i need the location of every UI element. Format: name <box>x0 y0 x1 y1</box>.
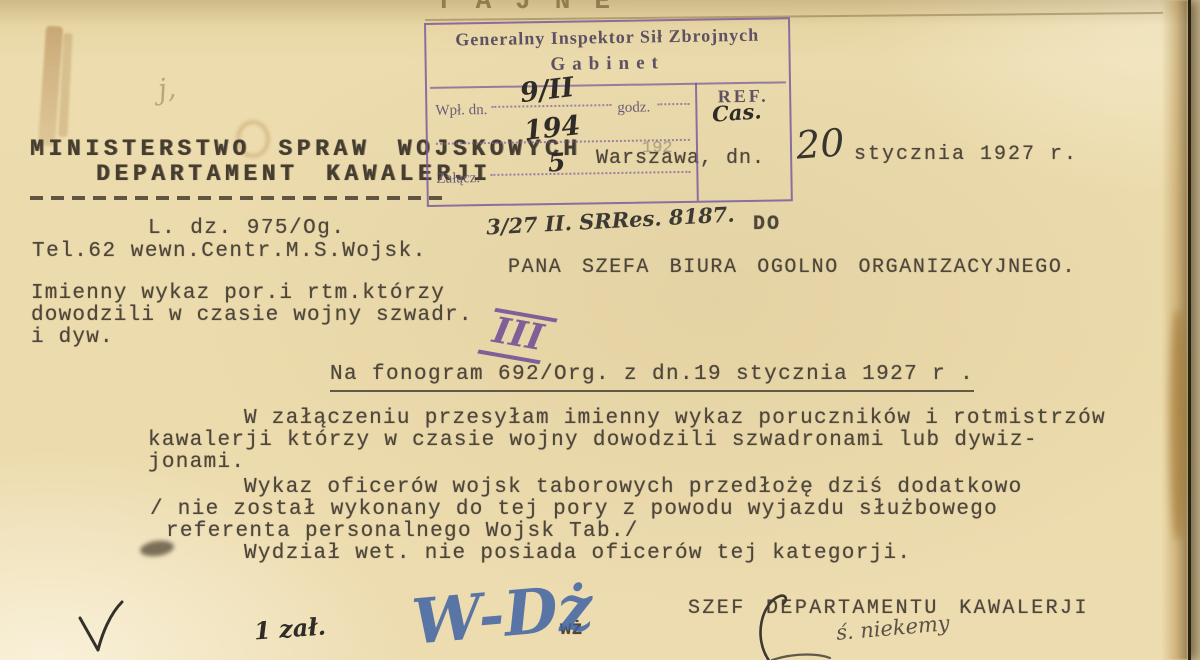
scanned-document: j, TAJNE MINISTERSTWO SPRAW WOJSKOWYCH D… <box>0 0 1200 660</box>
reference-line: Na fonogram 692/Org. z dn.19 stycznia 19… <box>330 363 974 392</box>
stamp-dotted-line <box>657 87 689 106</box>
letterhead-divider <box>30 196 442 200</box>
handwritten-attachments-count: 5 <box>547 147 566 177</box>
body-line: Wydział wet. nie posiada oficerów tej ka… <box>244 542 911 565</box>
subject-line: i dyw. <box>31 326 114 349</box>
body-line: referenta personalnego Wojsk Tab./ <box>166 520 639 543</box>
stamp-received-label: Wpł. dn. <box>435 102 487 120</box>
addressee-line: PANA SZEFA BIURA OGOLNO ORGANIZACYJNEGO. <box>508 256 1076 279</box>
signature-flourish <box>742 592 832 660</box>
telephone-line: Tel.62 wewn.Centr.M.S.Wojsk. <box>32 240 427 263</box>
handwritten-reference-note: 3/27 II. SRRes. 8187. <box>486 202 736 240</box>
body-line: jonami. <box>148 451 245 474</box>
subject-line: dowodzili w czasie wojny szwadr. <box>31 304 473 327</box>
dateline-date: stycznia 1927 r. <box>854 143 1078 166</box>
stamp-time-label: godz. <box>617 99 650 117</box>
attachment-note: 1 zał. <box>253 612 327 646</box>
to-label: DO <box>753 213 781 236</box>
classification-stamp: TAJNE <box>436 0 634 16</box>
stamp-org-line1: Generalny Inspektor Sił Zbrojnych <box>426 24 788 51</box>
torn-edge-blotch <box>1170 310 1186 540</box>
ink-smear: j, <box>156 71 178 106</box>
subject-line: Imienny wykaz por.i rtm.którzy <box>31 282 445 305</box>
handwritten-received-date: 9/II <box>518 72 575 109</box>
handwritten-ref-initials: Cas. <box>711 98 762 126</box>
handwritten-day: 20 <box>795 120 846 167</box>
paper-sheet: j, TAJNE MINISTERSTWO SPRAW WOJSKOWYCH D… <box>0 0 1191 660</box>
check-mark <box>76 600 126 656</box>
handwritten-section-mark: III <box>477 308 557 364</box>
body-line: / nie został wykonany do tej pory z powo… <box>150 498 998 521</box>
handwritten-register-number: 194 <box>523 110 582 147</box>
body-line: Wykaz oficerów wojsk taborowych przedłoż… <box>244 476 1023 499</box>
blue-pencil-mark: W-Dż <box>409 570 596 658</box>
body-line: W załączeniu przesyłam imienny wykaz por… <box>244 407 1106 430</box>
stamp-attachments-label: Załącz. <box>436 170 480 188</box>
body-line: kawalerji którzy w czasie wojny dowodzil… <box>148 429 1038 452</box>
file-number: L. dz. 975/Og. <box>148 217 345 240</box>
stamp-dotted-line <box>490 155 690 176</box>
stamp-org-line2: Gabinet <box>427 50 789 78</box>
